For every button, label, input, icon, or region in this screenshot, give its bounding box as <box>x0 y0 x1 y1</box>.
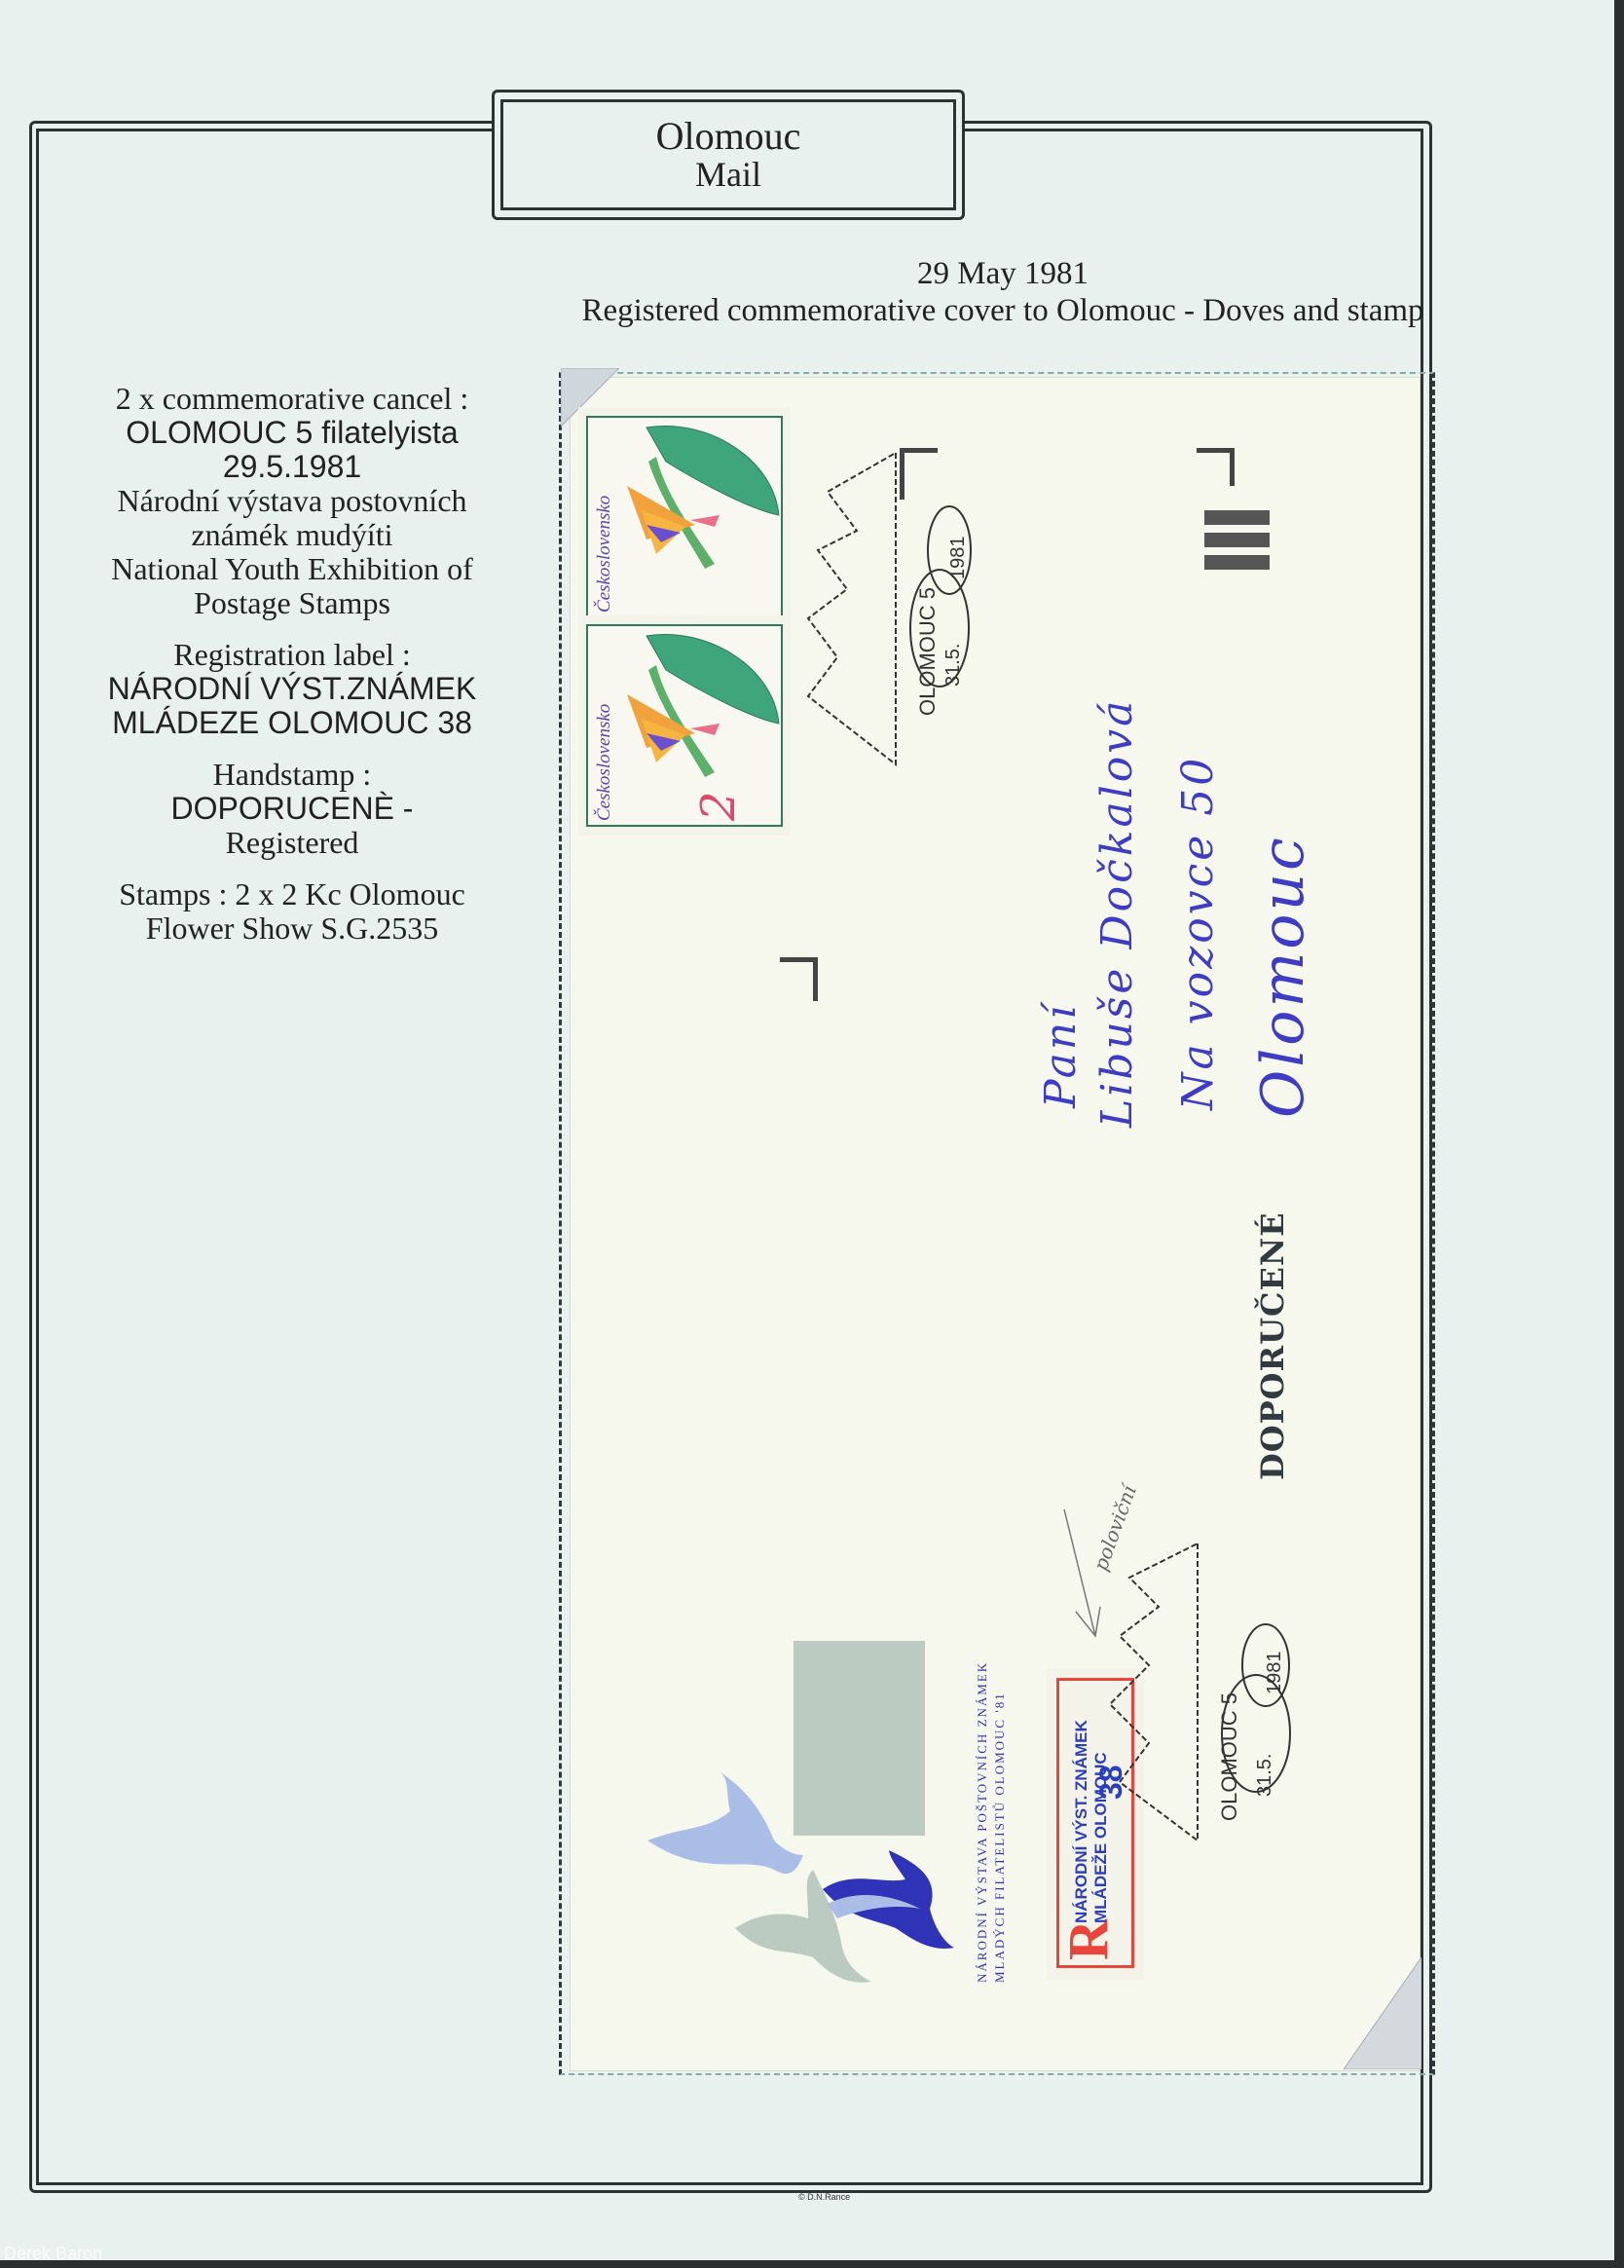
svg-text:OLOMOUC 5: OLOMOUC 5 <box>1217 1692 1241 1821</box>
svg-text:1981: 1981 <box>947 537 969 580</box>
cancel-line: Postage Stamps <box>49 586 535 620</box>
svg-text:31.5.: 31.5. <box>942 644 964 687</box>
caption-text: Registered commemorative cover to Olomou… <box>487 292 1519 329</box>
franking-corner-mark <box>1197 448 1235 486</box>
registration-label-line: NÁRODNÍ VÝST. ZNÁMEK <box>1072 1720 1091 1923</box>
cancel-line: OLOMOUC 5 filatelyista <box>49 416 535 450</box>
address-line: Olomouc <box>1249 835 1317 1118</box>
svg-text:2: 2 <box>691 791 746 822</box>
registration-heading: Registration label : <box>49 638 535 672</box>
stamp-design: Československo <box>586 416 783 618</box>
handstamp-line: DOPORUCENÈ - <box>49 792 535 826</box>
stamp-lower: 2 Československo <box>578 615 791 836</box>
watermark: Derek Baron <box>4 2244 102 2264</box>
page-subtitle: Mail <box>695 156 761 193</box>
footer-credit: © D.N.Rance <box>798 2192 850 2202</box>
cancel-line: 29.5.1981 <box>49 450 535 484</box>
franking-corner-mark <box>900 448 938 500</box>
registration-letter: R <box>1060 1919 1117 1960</box>
stamps-line: Flower Show S.G.2535 <box>49 911 535 946</box>
stamp-design: 2 Československo <box>586 624 783 827</box>
doves-illustration <box>647 1772 959 1996</box>
cancel-line: Národní výstava postovních <box>49 484 535 518</box>
scan-edge <box>1614 0 1624 2268</box>
commemorative-cancel-upper: OLOMOUC 5 31.5. 1981 <box>798 443 983 784</box>
cachet-inscription: NÁRODNÍ VÝSTAVA POŠTOVNÍCH ZNÁMEK MLADÝC… <box>974 1661 1009 1983</box>
address-line: Libuše Dočkalová <box>1092 698 1142 1128</box>
cachet-inscription-line: MLADÝCH FILATELISTŮ OLOMOUC '81 <box>991 1661 1009 1983</box>
caption-date: 29 May 1981 <box>487 255 1519 292</box>
address-line: Na vozovce 50 <box>1173 756 1223 1110</box>
stamps-line: Stamps : 2 x 2 Kc Olomouc <box>49 877 535 911</box>
svg-text:OLOMOUC 5: OLOMOUC 5 <box>915 587 940 716</box>
registration-line: NÁRODNÍ VÝST.ZNÁMEK <box>49 672 535 706</box>
bird-of-paradise-flower-icon <box>588 418 783 618</box>
franking-corner-mark <box>780 957 818 1001</box>
registration-line: MLÁDEZE OLOMOUC 38 <box>49 706 535 740</box>
scan-bottom-edge <box>0 2260 1624 2268</box>
title-box: Olomouc Mail <box>492 90 965 220</box>
handstamp-line: Registered <box>49 826 535 860</box>
svg-text:31.5.: 31.5. <box>1254 1754 1275 1797</box>
stamp-upper: Československo <box>578 407 791 627</box>
cancel-line: National Youth Exhibition of <box>49 552 535 586</box>
bird-of-paradise-flower-icon: 2 <box>588 626 783 827</box>
mount-corner-bottom-right <box>1344 1957 1421 2069</box>
svg-text:1981: 1981 <box>1264 1652 1285 1695</box>
stamp-country: Československo <box>594 496 615 613</box>
facing-bars <box>1204 510 1270 577</box>
cover-caption: 29 May 1981 Registered commemorative cov… <box>487 255 1519 329</box>
commemorative-cancel-lower: OLOMOUC 5 31.5. 1981 <box>1090 1539 1314 1850</box>
description-panel: 2 x commemorative cancel : OLOMOUC 5 fil… <box>49 382 535 946</box>
handstamp-heading: Handstamp : <box>49 758 535 792</box>
cachet-inscription-line: NÁRODNÍ VÝSTAVA POŠTOVNÍCH ZNÁMEK <box>974 1661 991 1983</box>
cancel-heading: 2 x commemorative cancel : <box>49 382 535 416</box>
registered-handstamp: DOPORUČENÉ <box>1254 1211 1291 1480</box>
title-box-inner: Olomouc Mail <box>500 99 956 210</box>
address-line: Paní <box>1036 1003 1086 1108</box>
cancel-line: známék mudýíti <box>49 518 535 552</box>
stamp-country: Československo <box>594 704 615 821</box>
page-title: Olomouc <box>656 117 801 156</box>
